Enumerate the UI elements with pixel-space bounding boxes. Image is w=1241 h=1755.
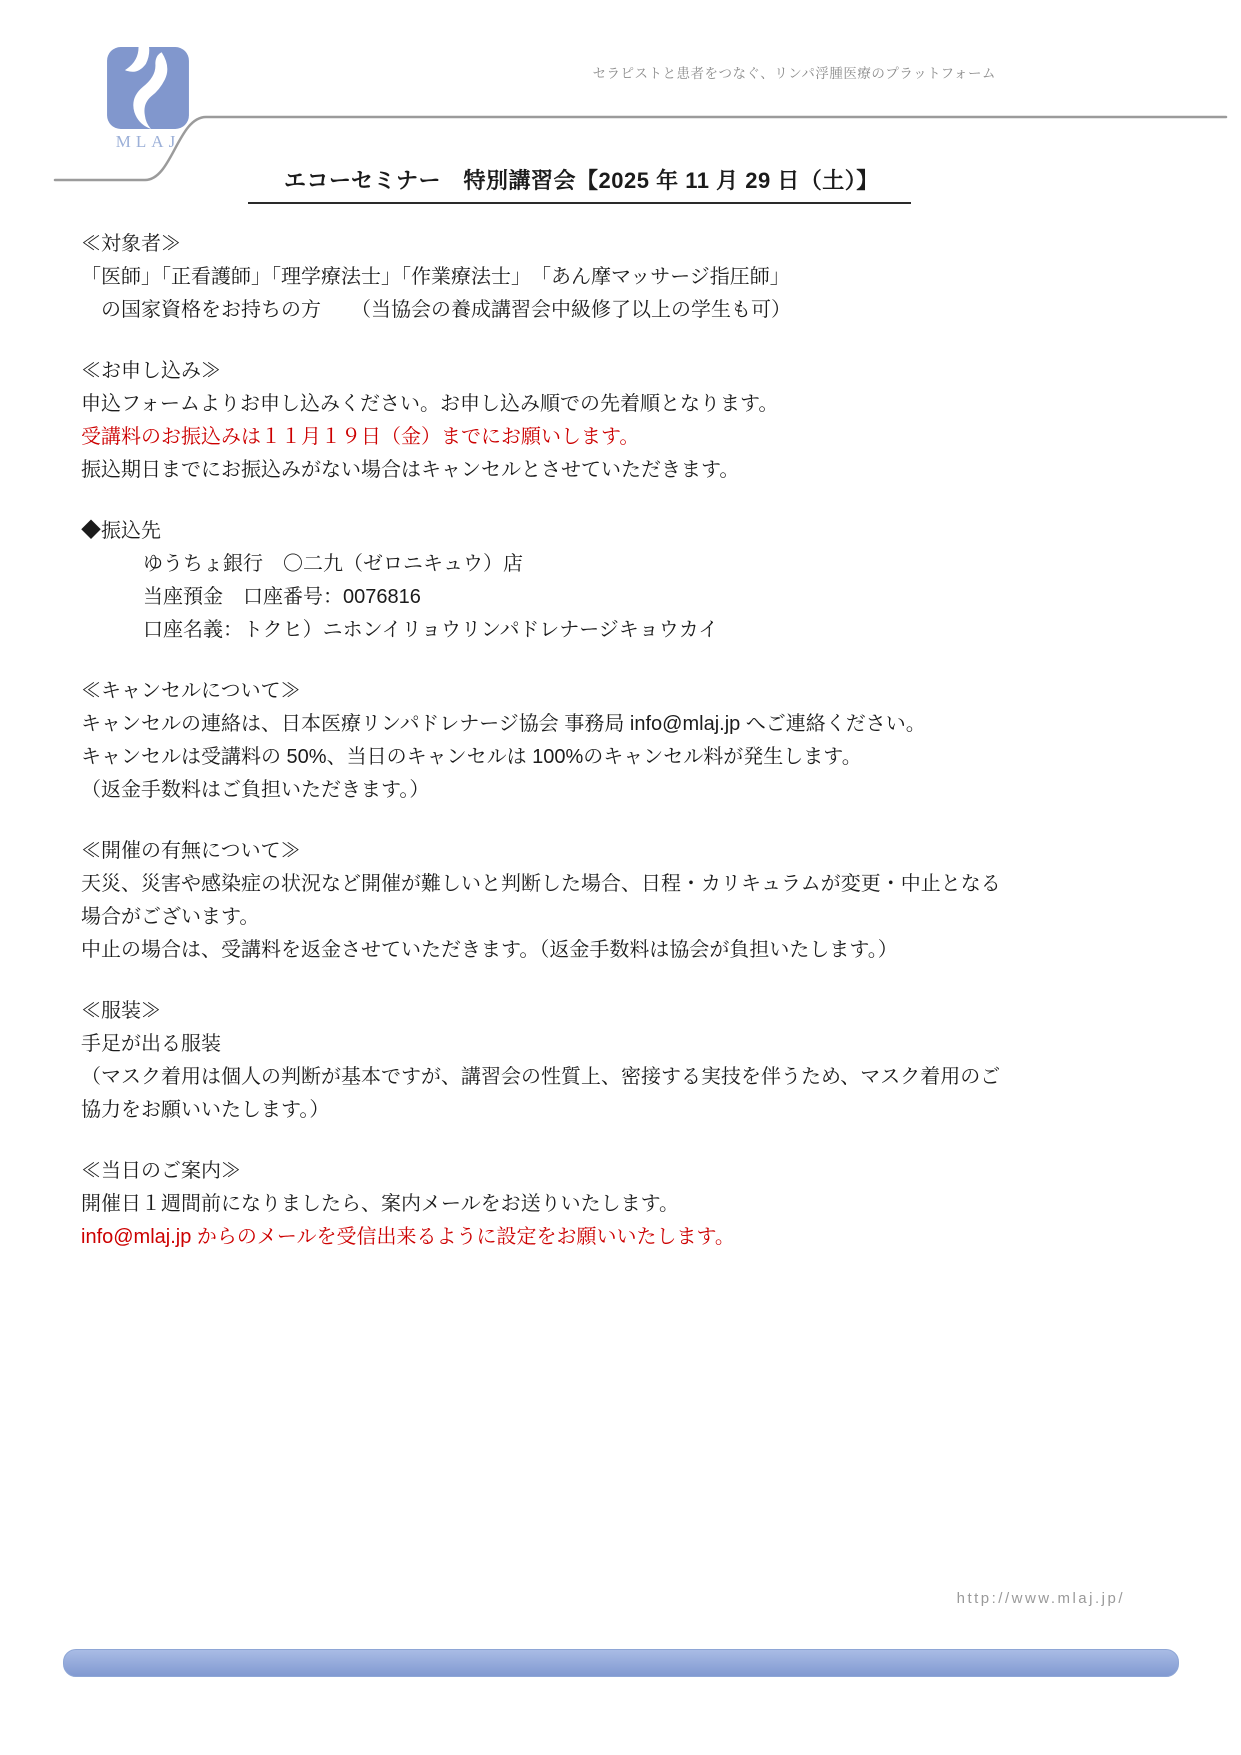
text-line: 当座預金 口座番号：0076816 — [81, 581, 1161, 614]
section-heading: ◆振込先 — [81, 515, 1161, 548]
section-heading: ≪開催の有無について≫ — [81, 835, 1161, 868]
document-body: ≪対象者≫「医師」「正看護師」「理学療法士」「作業療法士」 「あん摩マッサージ指… — [81, 228, 1161, 1254]
section-heading: ≪当日のご案内≫ — [81, 1155, 1161, 1188]
text-line: ゆうちょ銀行 〇二九（ゼロニキュウ）店 — [81, 548, 1161, 581]
section: ≪キャンセルについて≫キャンセルの連絡は、日本医療リンパドレナージ協会 事務局 … — [81, 675, 1161, 807]
mlaj-logo: MLAJ — [106, 46, 190, 152]
text-line: 申込フォームよりお申し込みください。お申し込み順での先着順となります。 — [81, 388, 1161, 421]
section: ≪開催の有無について≫天災、災害や感染症の状況など開催が難しいと判断した場合、日… — [81, 835, 1161, 967]
section: ≪当日のご案内≫開催日１週間前になりましたら、案内メールをお送りいたします。in… — [81, 1155, 1161, 1254]
section-heading: ≪対象者≫ — [81, 228, 1161, 261]
important-text-line: info@mlaj.jp からのメールを受信出来るように設定をお願いいたします。 — [81, 1221, 1161, 1254]
text-line: 中止の場合は、受講料を返金させていただきます。（返金手数料は協会が負担いたします… — [81, 934, 1161, 967]
section-heading: ≪キャンセルについて≫ — [81, 675, 1161, 708]
hands-logo-icon — [106, 46, 190, 130]
mlaj-logo-text: MLAJ — [106, 132, 190, 152]
text-line: 振込期日までにお振込みがない場合はキャンセルとさせていただきます。 — [81, 454, 1161, 487]
text-line: 口座名義：トクヒ）ニホンイリョウリンパドレナージキョウカイ — [81, 614, 1161, 647]
text-line: 手足が出る服装 — [81, 1028, 1161, 1061]
text-line: の国家資格をお持ちの方 （当協会の養成講習会中級修了以上の学生も可） — [81, 294, 1161, 327]
text-line: （返金手数料はご負担いただきます。） — [81, 774, 1161, 807]
important-text-line: 受講料のお振込みは１１月１９日（金）までにお願いします。 — [81, 421, 1161, 454]
section-heading: ≪お申し込み≫ — [81, 355, 1161, 388]
text-line: （マスク着用は個人の判断が基本ですが、講習会の性質上、密接する実技を伴うため、マ… — [81, 1061, 1161, 1094]
section-heading: ≪服装≫ — [81, 995, 1161, 1028]
page-title: エコーセミナー 特別講習会【2025 年 11 月 29 日（土）】 — [248, 164, 911, 204]
text-line: 開催日１週間前になりましたら、案内メールをお送りいたします。 — [81, 1188, 1161, 1221]
section: ◆振込先ゆうちょ銀行 〇二九（ゼロニキュウ）店当座預金 口座番号：0076816… — [81, 515, 1161, 647]
section: ≪服装≫手足が出る服装（マスク着用は個人の判断が基本ですが、講習会の性質上、密接… — [81, 995, 1161, 1127]
text-line: 天災、災害や感染症の状況など開催が難しいと判断した場合、日程・カリキュラムが変更… — [81, 868, 1161, 901]
text-line: 「医師」「正看護師」「理学療法士」「作業療法士」 「あん摩マッサージ指圧師」 — [81, 261, 1161, 294]
footer-accent-bar — [63, 1649, 1179, 1677]
text-line: 協力をお願いいたします。） — [81, 1094, 1161, 1127]
section: ≪お申し込み≫申込フォームよりお申し込みください。お申し込み順での先着順となりま… — [81, 355, 1161, 487]
section: ≪対象者≫「医師」「正看護師」「理学療法士」「作業療法士」 「あん摩マッサージ指… — [81, 228, 1161, 327]
document-page: MLAJ セラピストと患者をつなぐ、リンパ浮腫医療のプラットフォーム エコーセミ… — [0, 0, 1241, 1755]
text-line: 場合がございます。 — [81, 901, 1161, 934]
header-tagline: セラピストと患者をつなぐ、リンパ浮腫医療のプラットフォーム — [593, 62, 996, 82]
footer-url-link[interactable]: http://www.mlaj.jp/ — [957, 1590, 1125, 1607]
text-line: キャンセルの連絡は、日本医療リンパドレナージ協会 事務局 info@mlaj.j… — [81, 708, 1161, 741]
text-line: キャンセルは受講料の 50%、当日のキャンセルは 100%のキャンセル料が発生し… — [81, 741, 1161, 774]
